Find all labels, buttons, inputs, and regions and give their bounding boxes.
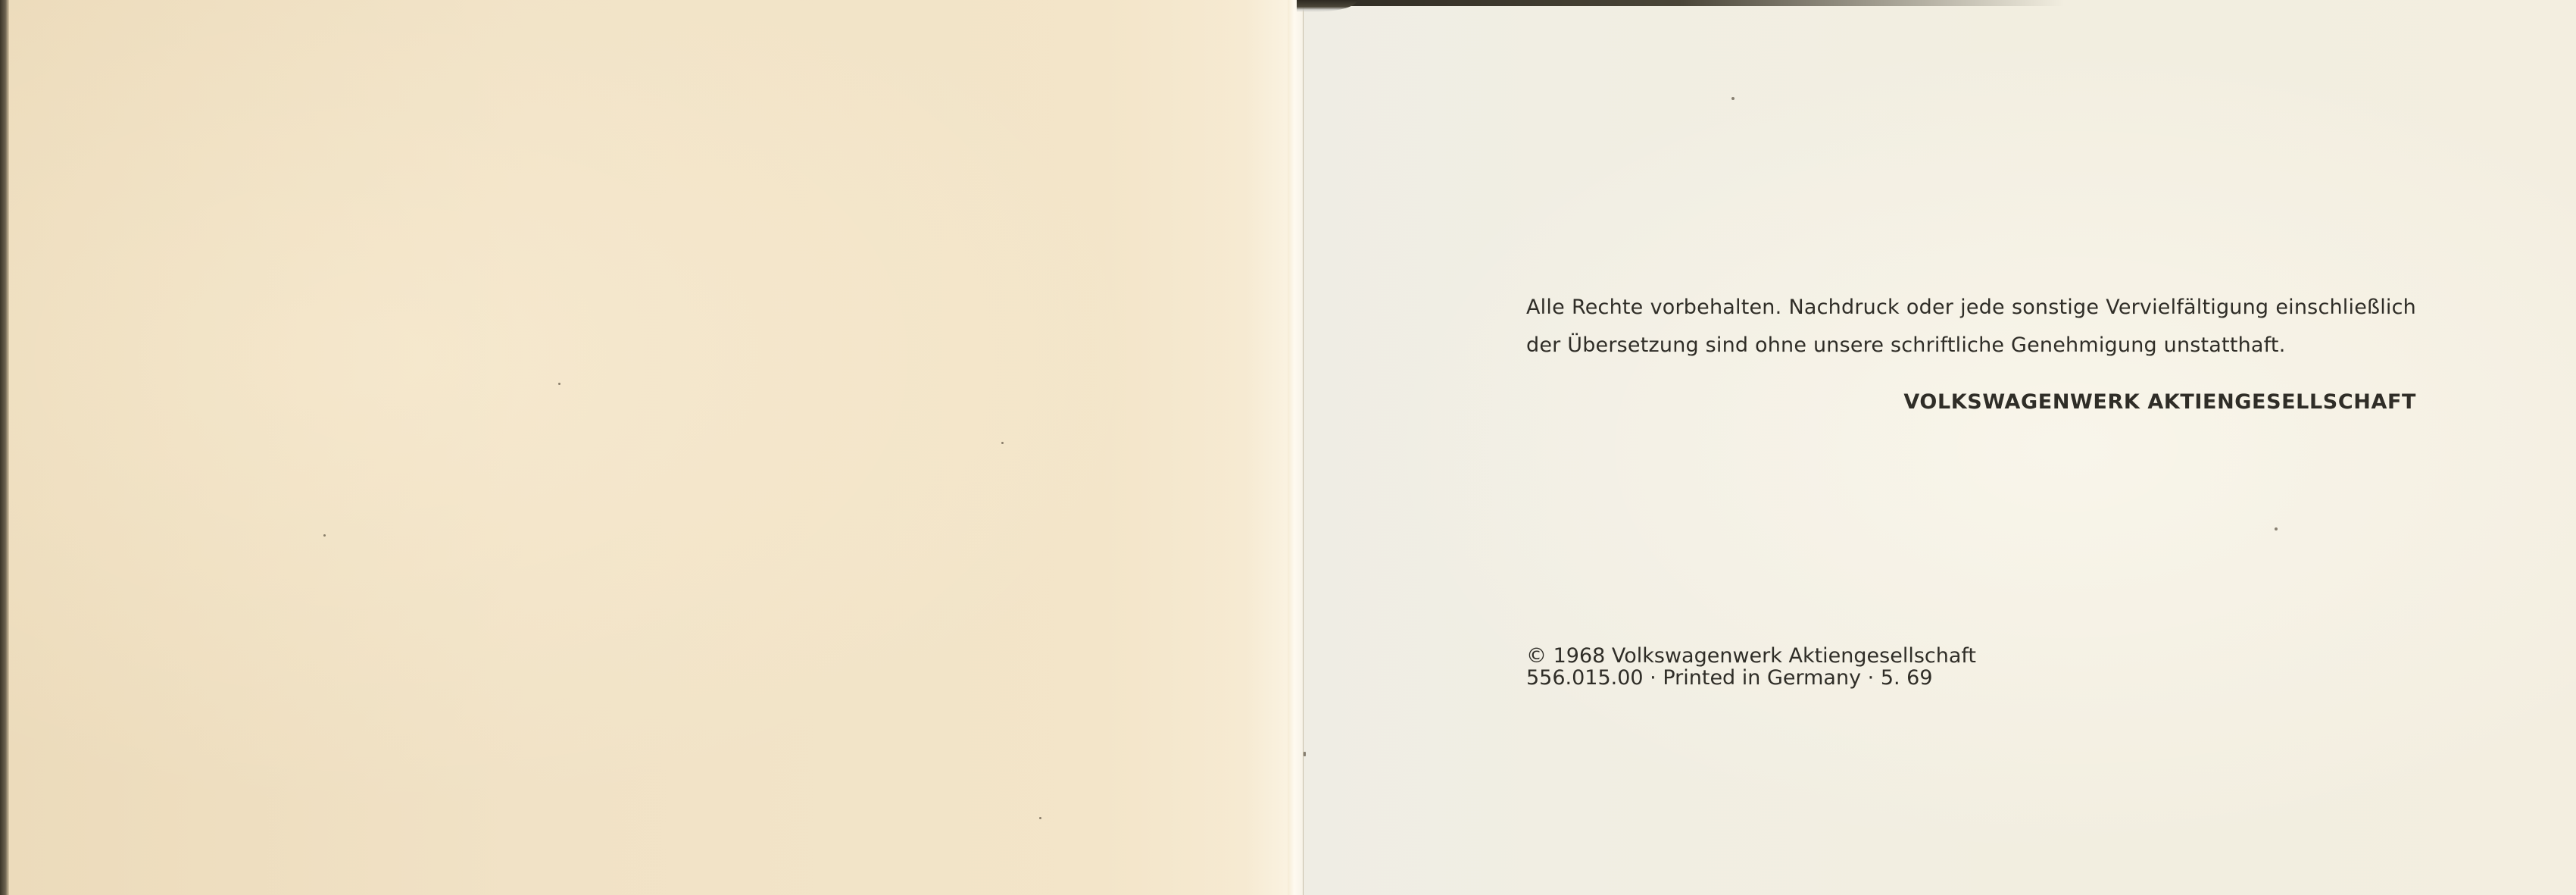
spine-shadow: [1297, 0, 2576, 6]
company-name: VOLKSWAGENWERK AKTIENGESELLSCHAFT: [1903, 390, 2416, 414]
paper-speck: [2275, 527, 2278, 530]
copyright-line: © 1968 Volkswagenwerk Aktiengesellschaft: [1526, 645, 1976, 667]
imprint: © 1968 Volkswagenwerk Aktiengesellschaft…: [1526, 645, 1976, 689]
paper-speck: [1001, 442, 1004, 444]
rights-notice-line-1: Alle Rechte vorbehalten. Nachdruck oder …: [1526, 289, 2416, 327]
book-cover-edge: [0, 0, 9, 895]
paper-speck: [1304, 752, 1306, 756]
paper-speck: [558, 383, 560, 385]
book-gutter: [1288, 0, 1304, 895]
paper-speck: [1039, 817, 1041, 819]
rights-notice-line-2: der Übersetzung sind ohne unsere schrift…: [1526, 327, 2416, 365]
left-page-blank: [9, 0, 1297, 895]
paper-speck: [323, 534, 326, 537]
right-page: [1304, 0, 2576, 895]
rights-notice: Alle Rechte vorbehalten. Nachdruck oder …: [1526, 289, 2416, 365]
book-spread: Alle Rechte vorbehalten. Nachdruck oder …: [0, 0, 2576, 895]
paper-speck: [1731, 97, 1735, 100]
print-info-line: 556.015.00 · Printed in Germany · 5. 69: [1526, 667, 1976, 689]
